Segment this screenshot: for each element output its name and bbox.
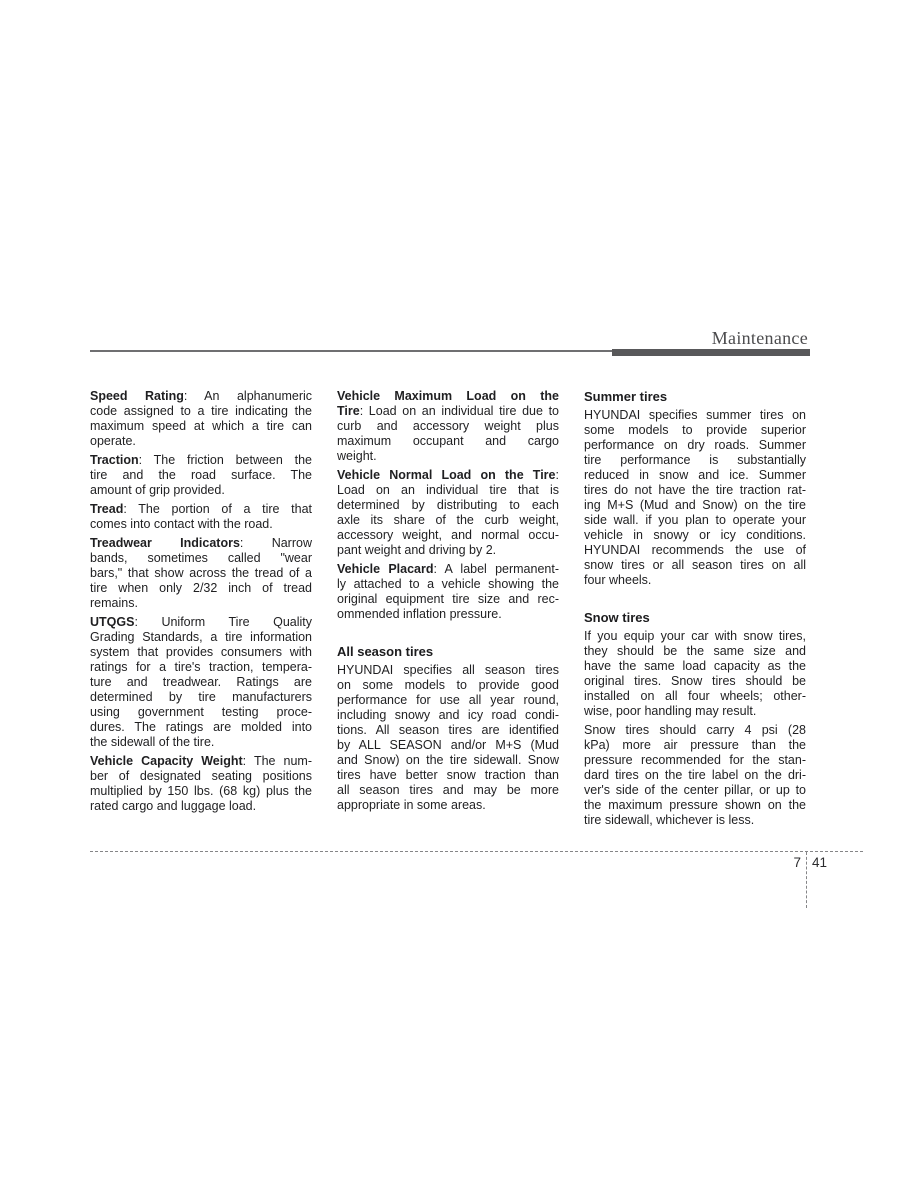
text-line: Speed Rating: An alphanumeric: [90, 389, 312, 404]
paragraph: Vehicle Normal Load on the Tire:Load on …: [337, 468, 559, 558]
text-line: performance on dry roads. Summer: [584, 438, 806, 453]
text-line: tires have better snow traction than: [337, 768, 559, 783]
text-line: maximum speed at which a tire can: [90, 419, 312, 434]
column-left: Speed Rating: An alphanumericcode assign…: [90, 389, 312, 832]
text-line: Treadwear Indicators: Narrow: [90, 536, 312, 551]
text-line: reduced in snow and ice. Summer: [584, 468, 806, 483]
text-line: four wheels.: [584, 573, 806, 588]
paragraph: UTQGS: Uniform Tire QualityGrading Stand…: [90, 615, 312, 750]
text-line: system that provides consumers with: [90, 645, 312, 660]
text-line: pant weight and driving by 2.: [337, 543, 559, 558]
section-heading: All season tires: [337, 644, 559, 660]
text-line: tire sidewall, whichever is less.: [584, 813, 806, 828]
paragraph: Speed Rating: An alphanumericcode assign…: [90, 389, 312, 449]
footer-vertical-dashed-line: [806, 852, 807, 908]
text-line: by ALL SEASON and/or M+S (Mud: [337, 738, 559, 753]
text-line: code assigned to a tire indicating the: [90, 404, 312, 419]
text-line: remains.: [90, 596, 312, 611]
text-line: the sidewall of the tire.: [90, 735, 312, 750]
text-line: installed on all four wheels; other-: [584, 689, 806, 704]
text-line: kPa) more air pressure than the: [584, 738, 806, 753]
paragraph: If you equip your car with snow tires,th…: [584, 629, 806, 719]
text-line: If you equip your car with snow tires,: [584, 629, 806, 644]
text-line: ture and treadwear. Ratings are: [90, 675, 312, 690]
section-heading: Summer tires: [584, 389, 806, 405]
text-line: tire and the road surface. The: [90, 468, 312, 483]
text-line: using government testing proce-: [90, 705, 312, 720]
text-line: determined by tire manufacturers: [90, 690, 312, 705]
text-line: ver's side of the center pillar, or up t…: [584, 783, 806, 798]
text-line: Snow tires should carry 4 psi (28: [584, 723, 806, 738]
text-line: Tire: Load on an individual tire due to: [337, 404, 559, 419]
text-line: ommended inflation pressure.: [337, 607, 559, 622]
footer-horizontal-dashed-line: [90, 851, 863, 852]
text-line: and Snow) on the tire sidewall. Snow: [337, 753, 559, 768]
text-line: wise, poor handling may result.: [584, 704, 806, 719]
page-header-title: Maintenance: [90, 328, 808, 349]
text-line: amount of grip provided.: [90, 483, 312, 498]
paragraph: Snow tires should carry 4 psi (28kPa) mo…: [584, 723, 806, 828]
header-rule-thick-bar: [612, 349, 810, 356]
text-line: ber of designated seating positions: [90, 769, 312, 784]
text-line: HYUNDAI specifies all season tires: [337, 663, 559, 678]
text-line: axle its share of the curb weight,: [337, 513, 559, 528]
text-line: the maximum pressure shown on the: [584, 798, 806, 813]
text-line: tions. All season tires are identified: [337, 723, 559, 738]
text-line: snow tires or all season tires on all: [584, 558, 806, 573]
paragraph: HYUNDAI specifies summer tires onsome mo…: [584, 408, 806, 588]
text-line: dures. The ratings are molded into: [90, 720, 312, 735]
text-line: comes into contact with the road.: [90, 517, 312, 532]
text-line: curb and accessory weight plus: [337, 419, 559, 434]
text-line: tire performance is substantially: [584, 453, 806, 468]
text-line: appropriate in some areas.: [337, 798, 559, 813]
text-line: pressure recommended for the stan-: [584, 753, 806, 768]
text-line: ly attached to a vehicle showing the: [337, 577, 559, 592]
text-line: including snowy and icy road condi-: [337, 708, 559, 723]
paragraph: Treadwear Indicators: Narrowbands, somet…: [90, 536, 312, 611]
paragraph: Tread: The portion of a tire thatcomes i…: [90, 502, 312, 532]
text-line: rated cargo and luggage load.: [90, 799, 312, 814]
text-line: tires do not have the tire traction rat-: [584, 483, 806, 498]
text-line: vehicle in snowy or icy conditions.: [584, 528, 806, 543]
column-right: Summer tiresHYUNDAI specifies summer tir…: [584, 389, 806, 832]
column-middle: Vehicle Maximum Load on theTire: Load on…: [337, 389, 559, 832]
text-line: Load on an individual tire that is: [337, 483, 559, 498]
text-line: multiplied by 150 lbs. (68 kg) plus the: [90, 784, 312, 799]
text-line: bands, sometimes called "wear: [90, 551, 312, 566]
paragraph: Traction: The friction between thetire a…: [90, 453, 312, 498]
text-line: HYUNDAI recommends the use of: [584, 543, 806, 558]
text-line: maximum occupant and cargo: [337, 434, 559, 449]
text-line: ing M+S (Mud and Snow) on the tire: [584, 498, 806, 513]
text-line: UTQGS: Uniform Tire Quality: [90, 615, 312, 630]
text-line: Grading Standards, a tire information: [90, 630, 312, 645]
text-line: side wall. if you plan to operate your: [584, 513, 806, 528]
text-line: operate.: [90, 434, 312, 449]
text-line: Traction: The friction between the: [90, 453, 312, 468]
text-line: original tires. Snow tires should be: [584, 674, 806, 689]
text-line: weight.: [337, 449, 559, 464]
text-line: Vehicle Placard: A label permanent-: [337, 562, 559, 577]
paragraph: Vehicle Maximum Load on theTire: Load on…: [337, 389, 559, 464]
text-line: have the same load capacity as the: [584, 659, 806, 674]
text-line: original equipment tire size and rec-: [337, 592, 559, 607]
text-line: Tread: The portion of a tire that: [90, 502, 312, 517]
paragraph: HYUNDAI specifies all season tireson som…: [337, 663, 559, 813]
text-line: all season tires and may be more: [337, 783, 559, 798]
text-line: ratings for a tire's traction, tempera-: [90, 660, 312, 675]
paragraph: Vehicle Capacity Weight: The num-ber of …: [90, 754, 312, 814]
text-line: Vehicle Maximum Load on the: [337, 389, 559, 404]
text-line: bars," that show across the tread of a: [90, 566, 312, 581]
paragraph: Vehicle Placard: A label permanent-ly at…: [337, 562, 559, 622]
text-line: they should be the same size and: [584, 644, 806, 659]
text-line: Vehicle Normal Load on the Tire:: [337, 468, 559, 483]
manual-text-columns: Speed Rating: An alphanumericcode assign…: [90, 389, 806, 832]
text-line: determined by distributing to each: [337, 498, 559, 513]
section-heading: Snow tires: [584, 610, 806, 626]
text-line: accessory weight, and normal occu-: [337, 528, 559, 543]
text-line: dard tires on the tire label on the dri-: [584, 768, 806, 783]
text-line: performance for use all year round,: [337, 693, 559, 708]
footer-page-number: 41: [812, 855, 827, 870]
text-line: Vehicle Capacity Weight: The num-: [90, 754, 312, 769]
text-line: tire when only 2/32 inch of tread: [90, 581, 312, 596]
footer-chapter-number: 7: [768, 855, 801, 870]
text-line: some models to provide superior: [584, 423, 806, 438]
header-rule-thin: [90, 350, 614, 352]
text-line: on some models to provide good: [337, 678, 559, 693]
text-line: HYUNDAI specifies summer tires on: [584, 408, 806, 423]
